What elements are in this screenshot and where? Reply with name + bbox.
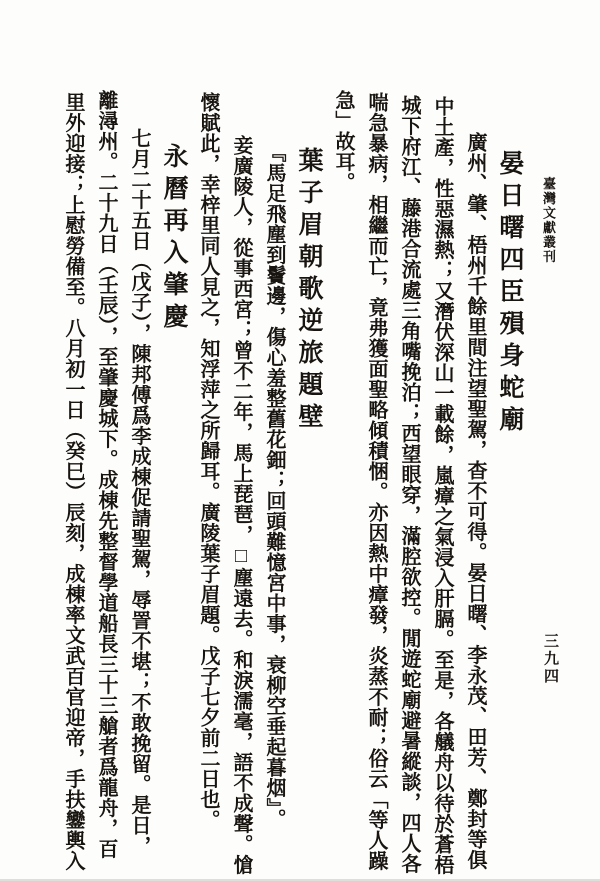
text-column: 廣州、肇、梧州千餘里間注望聖駕，杳不可得。晏日曙、李永茂、田芳、鄭封等俱 (458, 90, 491, 881)
text-block: 晏日曙四臣殞身蛇廟 廣州、肇、梧州千餘里間注望聖駕，杳不可得。晏日曙、李永茂、田… (56, 90, 527, 881)
book-page: 臺灣文獻叢刊 三九四 晏日曙四臣殞身蛇廟 廣州、肇、梧州千餘里間注望聖駕，杳不可… (0, 0, 600, 881)
series-title: 臺灣文獻叢刊 (539, 177, 558, 264)
text-column: 急」故耳。 (326, 90, 359, 881)
text-column: 『馬足飛塵到鬢邊，傷心羞整舊花鈿；回頭難憶宮中事，衰柳空垂起暮烟』。 (257, 90, 290, 881)
section-title-snake-temple: 晏日曙四臣殞身蛇廟 (491, 90, 527, 881)
text-column: 喘急暴病，相繼而亡，竟弗獲面聖略傾積悃。亦因熱中瘴發，炎蒸不耐；俗云「等人躁 (359, 90, 392, 881)
text-column: 中土產，性惡濕熱；又潛伏深山一載餘，嵐瘴之氣浸入肝膈。至是，各艤舟以待於蒼梧 (425, 90, 458, 881)
text-column: 七月二十五日（戊子），陳邦傅爲李成棟促請聖駕，辱詈不堪；不敢挽留。是日， (122, 90, 155, 881)
section-title-wall-inscription: 葉子眉朝歌逆旅題壁 (290, 90, 326, 881)
text-column: 城下府江、藤港合流處三角嘴挽泊；西望眼穿，滿腔欲控。閒遊蛇廟避暑縱談，四人各 (392, 90, 425, 881)
text-column: 離潯州。二十九日（壬辰），至肇慶城下。成棟先整督學道船長三十三艙者爲龍舟，百 (89, 90, 122, 881)
text-column: 里外迎接；上慰勞備至。八月初一日（癸巳）辰刻，成棟率文武百官迎帝，手扶鑾輿入 (56, 90, 89, 881)
text-column: 懷賦此，幸梓里同人見之，知浮萍之所歸耳。廣陵葉子眉題。戊子七夕前二日也。 (191, 90, 224, 881)
page-number: 三九四 (540, 633, 561, 686)
section-title-return-zhaoqing: 永曆再入肇慶 (155, 90, 191, 881)
text-column: 妾廣陵人，從事西宮；曾不二年，馬上琵琶，□塵遠去。和淚濡毫，語不成聲。愴 (224, 90, 257, 881)
